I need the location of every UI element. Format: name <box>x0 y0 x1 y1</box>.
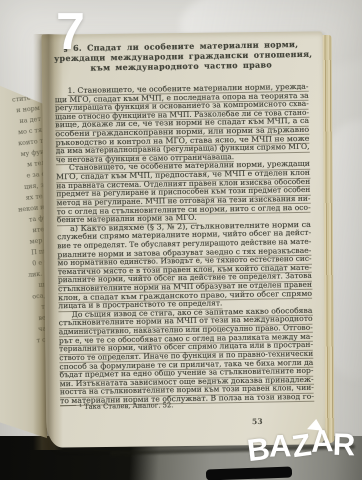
bazar-logo-hat-icon <box>307 418 324 431</box>
page-number: 53 <box>252 417 263 426</box>
body-text: 1. Становището, че особените материални … <box>54 74 314 397</box>
bazar-watermark: BAZAR <box>246 424 357 465</box>
photo-index-label: 7 <box>56 4 85 60</box>
body-line-row: 1. Становището, че особените материални … <box>54 74 308 87</box>
book-photo: стите жи нормна детмо с тякоито тму фунм… <box>0 0 362 480</box>
bazar-letter: A <box>269 429 292 463</box>
bazar-letter: R <box>332 428 356 463</box>
page-text-block: § 6. Спадат ли особените материални норм… <box>54 39 314 411</box>
bazar-letter: B <box>245 432 271 468</box>
page-fore-edge <box>323 35 335 443</box>
